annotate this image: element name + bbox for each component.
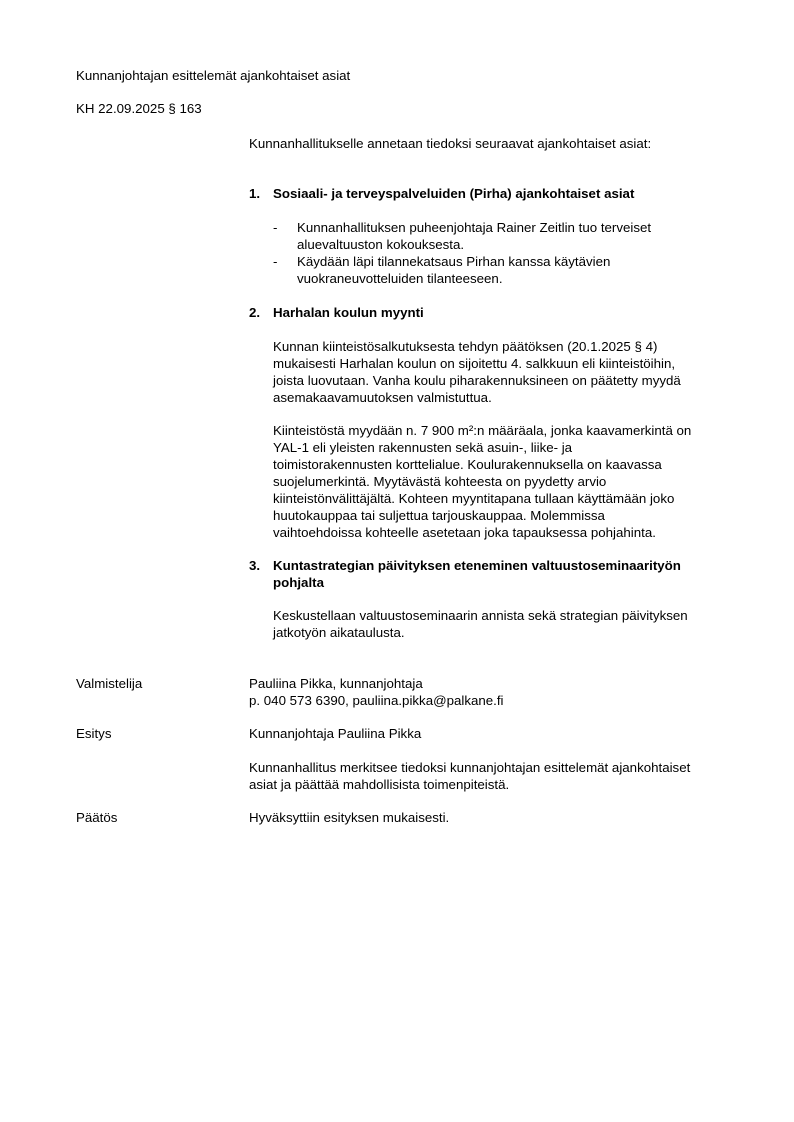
bullet-line: aluevaltuuston kokouksesta.	[297, 236, 651, 253]
paragraph-line: huutokauppaa tai suljettua tarjouskauppa…	[273, 507, 691, 524]
bullet-item: Käydään läpi tilannekatsaus Pirhan kanss…	[297, 253, 610, 287]
paragraph-line: vaihtoehdoissa kohteelle asetetaan joka …	[273, 524, 691, 541]
paragraph-line: Keskustellaan valtuustoseminaarin annist…	[273, 607, 688, 624]
proposal-label: Esitys	[76, 725, 111, 742]
item-2-title: Harhalan koulun myynti	[273, 304, 424, 321]
bullet-marker: -	[273, 219, 277, 236]
item-2-paragraph-2: Kiinteistöstä myydään n. 7 900 m²:n määr…	[273, 422, 691, 541]
paragraph-line: mukaisesti Harhalan koulun on sijoitettu…	[273, 355, 681, 372]
preparer-info: Pauliina Pikka, kunnanjohtaja p. 040 573…	[249, 675, 504, 709]
item-3-title: Kuntastrategian päivityksen eteneminen v…	[273, 557, 681, 591]
proposal-text: Kunnanhallitus merkitsee tiedoksi kunnan…	[249, 759, 690, 793]
meeting-reference: KH 22.09.2025 § 163	[76, 100, 202, 117]
proposal-line: Kunnanhallitus merkitsee tiedoksi kunnan…	[249, 759, 690, 776]
paragraph-line: Kunnan kiinteistösalkutuksesta tehdyn pä…	[273, 338, 681, 355]
proposal-presenter: Kunnanjohtaja Pauliina Pikka	[249, 725, 421, 742]
bullet-line: Kunnanhallituksen puheenjohtaja Rainer Z…	[297, 219, 651, 236]
item-1-title: Sosiaali- ja terveyspalveluiden (Pirha) …	[273, 185, 634, 202]
preparer-contact[interactable]: p. 040 573 6390, pauliina.pikka@palkane.…	[249, 692, 504, 709]
proposal-line: asiat ja päättää mahdollisista toimenpit…	[249, 776, 690, 793]
item-3-paragraph: Keskustellaan valtuustoseminaarin annist…	[273, 607, 688, 641]
item-2-paragraph-1: Kunnan kiinteistösalkutuksesta tehdyn pä…	[273, 338, 681, 406]
paragraph-line: Kiinteistöstä myydään n. 7 900 m²:n määr…	[273, 422, 691, 439]
bullet-marker: -	[273, 253, 277, 270]
preparer-name: Pauliina Pikka, kunnanjohtaja	[249, 675, 504, 692]
item-1-number: 1.	[249, 185, 260, 202]
bullet-line: vuokraneuvotteluiden tilanteeseen.	[297, 270, 610, 287]
item-2-number: 2.	[249, 304, 260, 321]
intro-text: Kunnanhallitukselle annetaan tiedoksi se…	[249, 135, 651, 152]
paragraph-line: toimistorakennusten korttelialue. Koulur…	[273, 456, 691, 473]
title-line: pohjalta	[273, 574, 681, 591]
paragraph-line: YAL-1 eli yleisten rakennusten sekä asui…	[273, 439, 691, 456]
decision-label: Päätös	[76, 809, 117, 826]
document-title: Kunnanjohtajan esittelemät ajankohtaiset…	[76, 67, 350, 84]
preparer-label: Valmistelija	[76, 675, 142, 692]
paragraph-line: asemakaavamuutoksen valmistuttua.	[273, 389, 681, 406]
paragraph-line: suojelumerkintä. Myytävästä kohteesta on…	[273, 473, 691, 490]
paragraph-line: jatkotyön aikataulusta.	[273, 624, 688, 641]
paragraph-line: kiinteistönvälittäjältä. Kohteen myyntit…	[273, 490, 691, 507]
decision-text: Hyväksyttiin esityksen mukaisesti.	[249, 809, 449, 826]
item-3-number: 3.	[249, 557, 260, 574]
bullet-line: Käydään läpi tilannekatsaus Pirhan kanss…	[297, 253, 610, 270]
title-line: Kuntastrategian päivityksen eteneminen v…	[273, 557, 681, 574]
paragraph-line: joista luovutaan. Vanha koulu piharakenn…	[273, 372, 681, 389]
bullet-item: Kunnanhallituksen puheenjohtaja Rainer Z…	[297, 219, 651, 253]
